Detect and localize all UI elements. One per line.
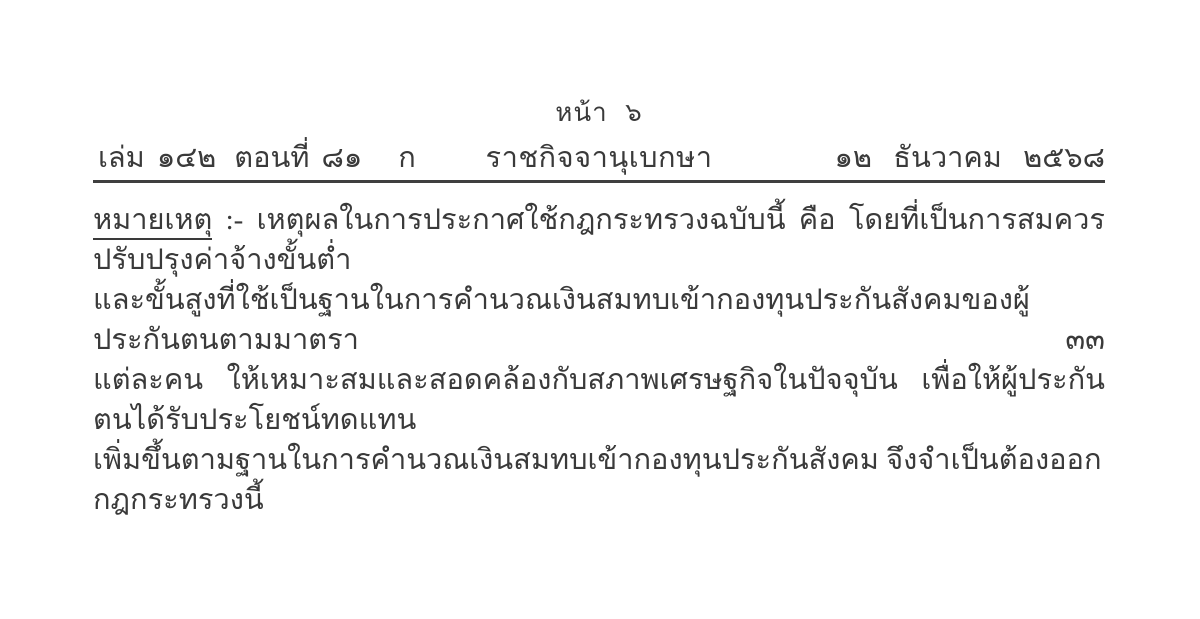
remark-line-1: หมายเหตุ :- เหตุผลในการประกาศใช้กฎกระทรว… (93, 200, 1105, 280)
page-number-label: หน้า ๖ (93, 96, 1105, 130)
remark-line-4: เพิ่มขึ้นตามฐานในการคำนวณเงินสมทบเข้ากอง… (93, 440, 1105, 520)
part-number: ๘๑ (322, 138, 363, 178)
volume-part-group: เล่ม ๑๔๒ ตอนที่ ๘๑ ก (98, 138, 416, 178)
section-letter: ก (398, 138, 416, 178)
remark-line-3: แต่ละคน ให้เหมาะสมและสอดคล้องกับสภาพเศรษ… (93, 360, 1105, 440)
gazette-page: หน้า ๖ เล่ม ๑๔๒ ตอนที่ ๘๑ ก ราชกิจจานุเบ… (0, 0, 1200, 619)
page-content: หน้า ๖ เล่ม ๑๔๒ ตอนที่ ๘๑ ก ราชกิจจานุเบ… (93, 96, 1105, 520)
volume-word: เล่ม (98, 138, 145, 178)
part-word: ตอนที่ (234, 138, 309, 178)
remark-line-1-text: :- เหตุผลในการประกาศใช้กฎกระทรวงฉบับนี้ … (93, 204, 1105, 276)
remark-paragraph: หมายเหตุ :- เหตุผลในการประกาศใช้กฎกระทรว… (93, 200, 1105, 520)
masthead-divider (93, 180, 1105, 183)
masthead-row: เล่ม ๑๔๒ ตอนที่ ๘๑ ก ราชกิจจานุเบกษา ๑๒ … (93, 138, 1105, 178)
remark-label: หมายเหตุ (93, 203, 212, 240)
publication-date: ๑๒ ธันวาคม ๒๕๖๘ (835, 138, 1105, 178)
remark-line-2: และขั้นสูงที่ใช้เป็นฐานในการคำนวณเงินสมท… (93, 280, 1105, 360)
volume-number: ๑๔๒ (157, 138, 216, 178)
